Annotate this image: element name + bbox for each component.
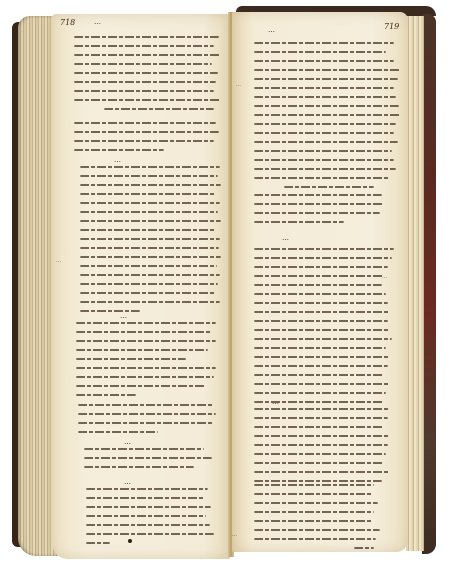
- left-page: 718 … … … …: [52, 14, 230, 559]
- right-page-edges: [406, 16, 424, 551]
- left-section-2: [74, 122, 222, 158]
- left-margin-note-1: …: [56, 258, 61, 264]
- right-folio-number: 719: [384, 22, 399, 31]
- right-section-2: [254, 194, 402, 230]
- left-section-heading-6: …: [124, 438, 131, 446]
- left-section-4: [76, 322, 222, 403]
- left-section-3: [80, 166, 222, 319]
- left-section-heading-7: …: [124, 478, 131, 486]
- right-running-heading: …: [268, 26, 275, 34]
- right-page: 719 … … … …: [232, 12, 408, 552]
- right-margin-note-1: …: [236, 82, 241, 88]
- left-section-heading-3: …: [114, 156, 121, 164]
- right-margin-note-2: …: [382, 274, 387, 280]
- right-cover: [422, 14, 436, 554]
- left-section-7: [86, 488, 222, 551]
- right-margin-note-3: …: [232, 532, 237, 538]
- left-section-6: [84, 448, 222, 475]
- right-section-5: [254, 484, 402, 556]
- right-section-3: [254, 248, 402, 410]
- open-manuscript-book: 718 … … … …: [0, 0, 450, 575]
- left-running-heading: …: [94, 18, 101, 26]
- left-section-heading-4: …: [120, 312, 127, 320]
- ink-dot: [128, 539, 132, 543]
- left-section-5: [78, 404, 222, 440]
- left-section-1: [74, 36, 222, 117]
- right-section-1: [254, 42, 402, 195]
- right-section-heading-4: …: [272, 398, 279, 406]
- right-section-4: [254, 408, 402, 489]
- right-section-heading-3: …: [282, 234, 289, 242]
- left-folio-number: 718: [60, 18, 75, 27]
